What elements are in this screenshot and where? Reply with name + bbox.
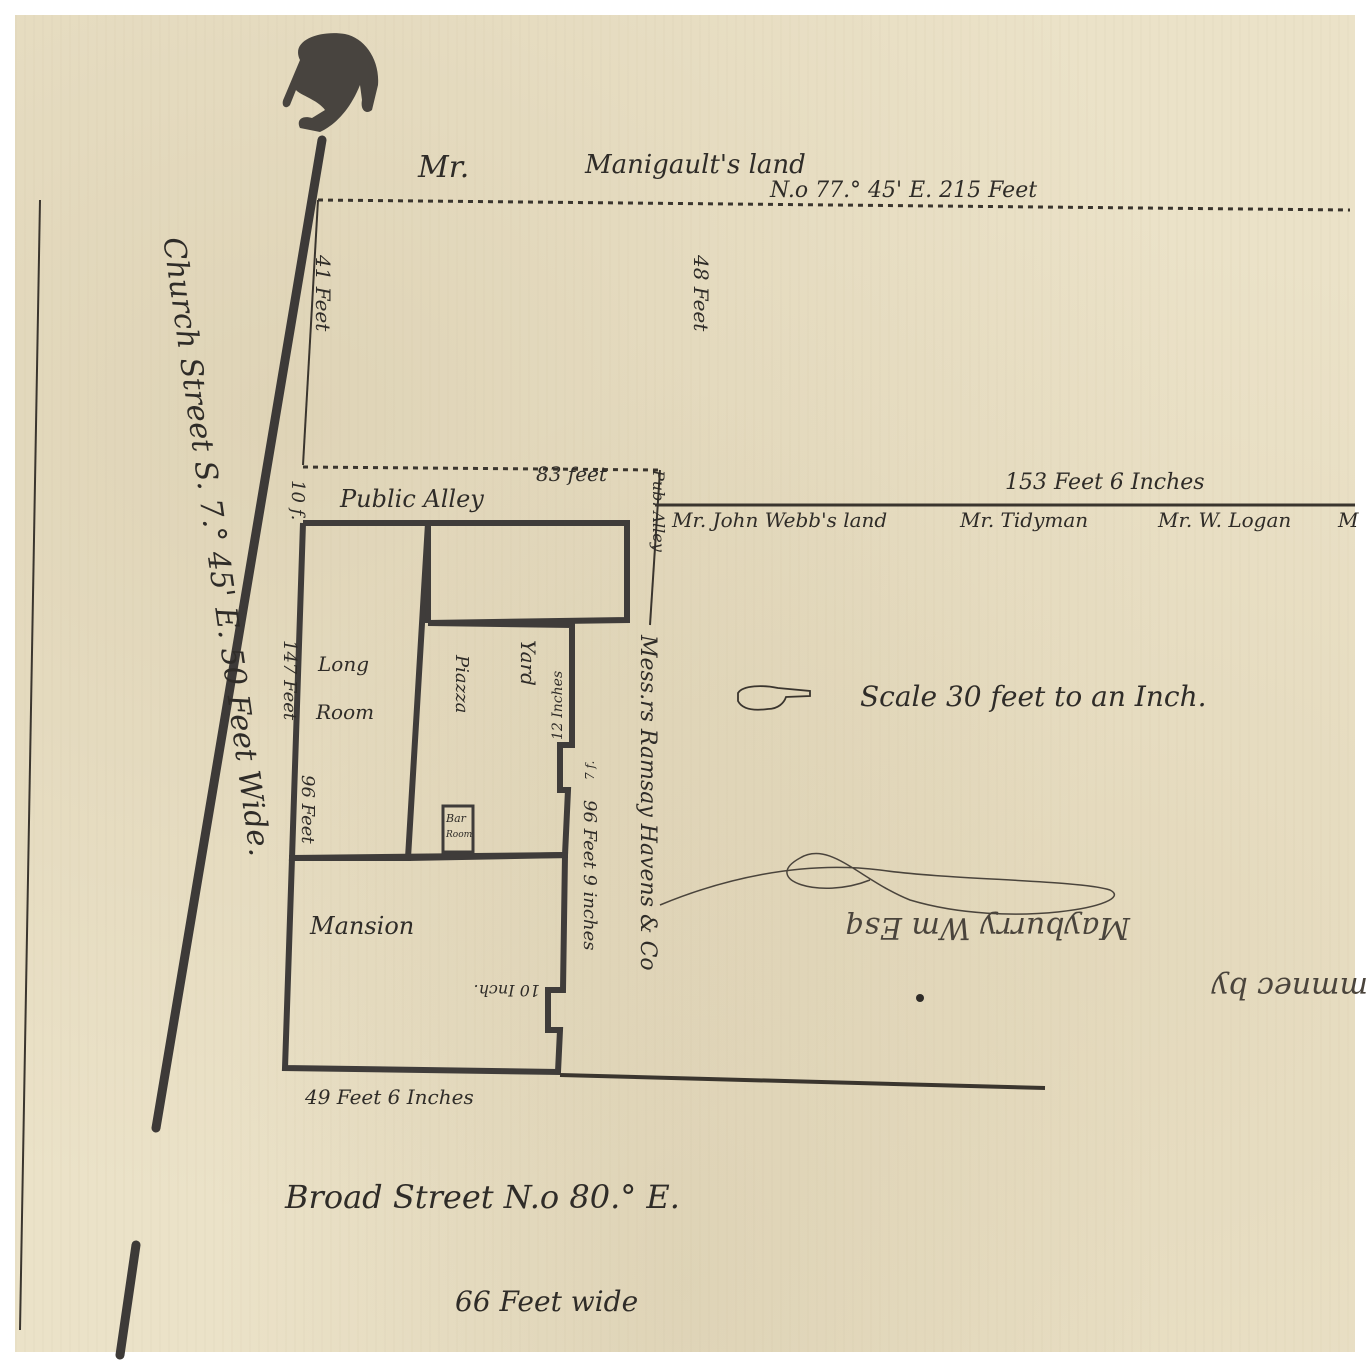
neighbor-cut-off: M (1338, 508, 1358, 532)
bird-finial-icon (283, 33, 378, 132)
east-side-owner: Mess.rs Ramsay Havens & Co (635, 635, 660, 971)
dim-south-frontage: 49 Feet 6 Inches (305, 1085, 474, 1109)
yard-label: Yard (516, 640, 540, 686)
neighbor-logan: Mr. W. Logan (1158, 508, 1291, 532)
dim-west-alley: 10 f. (287, 480, 308, 520)
neighbor-tidyman: Mr. Tidyman (960, 508, 1088, 532)
long-room-label-1: Long (318, 652, 369, 676)
church-street-line-lower (120, 1245, 136, 1355)
south-property-line (560, 1075, 1045, 1088)
north-owner: Manigault's land (585, 150, 806, 180)
building-footprints (285, 523, 627, 1072)
mansion-label: Mansion (310, 912, 414, 940)
public-alley-label: Public Alley (340, 485, 484, 513)
bar-room-label-2: Room (446, 830, 472, 840)
scale-text: Scale 30 feet to an Inch. (860, 680, 1207, 713)
inverted-signature-line2: mmnec by (1212, 970, 1368, 1005)
piazza-label: Piazza (451, 655, 472, 713)
dim-west-upper: 41 Feet (311, 255, 335, 331)
pointing-hand-icon (738, 686, 810, 710)
broad-street-label: Broad Street N.o 80.° E. (285, 1178, 680, 1216)
long-room-label-2: Room (316, 700, 374, 724)
dim-mansion-step: 10 Inch. (474, 981, 540, 1000)
dim-east-building: 96 Feet 9 inches (579, 800, 600, 950)
dim-alley-length: 83 feet (536, 462, 607, 486)
bar-room-label-1: Bar (446, 812, 466, 825)
margin-line (20, 200, 40, 1330)
inverted-signature-line1: Mayburry Wm Esq (845, 910, 1130, 945)
dim-middle-upper: 48 Feet (689, 255, 713, 331)
dim-east-line: 153 Feet 6 Inches (1005, 470, 1205, 495)
private-alley-label: Pub. Alley (649, 470, 668, 552)
north-owner-prefix: Mr. (418, 150, 469, 185)
broad-street-width: 66 Feet wide (455, 1285, 638, 1318)
dim-long-room-depth: 96 Feet (297, 775, 318, 844)
north-bearing: N.o 77.° 45' E. 215 Feet (770, 178, 1037, 203)
neighbor-webb: Mr. John Webb's land (672, 508, 887, 532)
dim-west-building: 147 Feet (279, 640, 300, 720)
dim-piazza-width: 12 Inches (550, 671, 566, 740)
dim-step-a: 7 f. (583, 761, 597, 780)
signature-flourish (660, 853, 1114, 914)
